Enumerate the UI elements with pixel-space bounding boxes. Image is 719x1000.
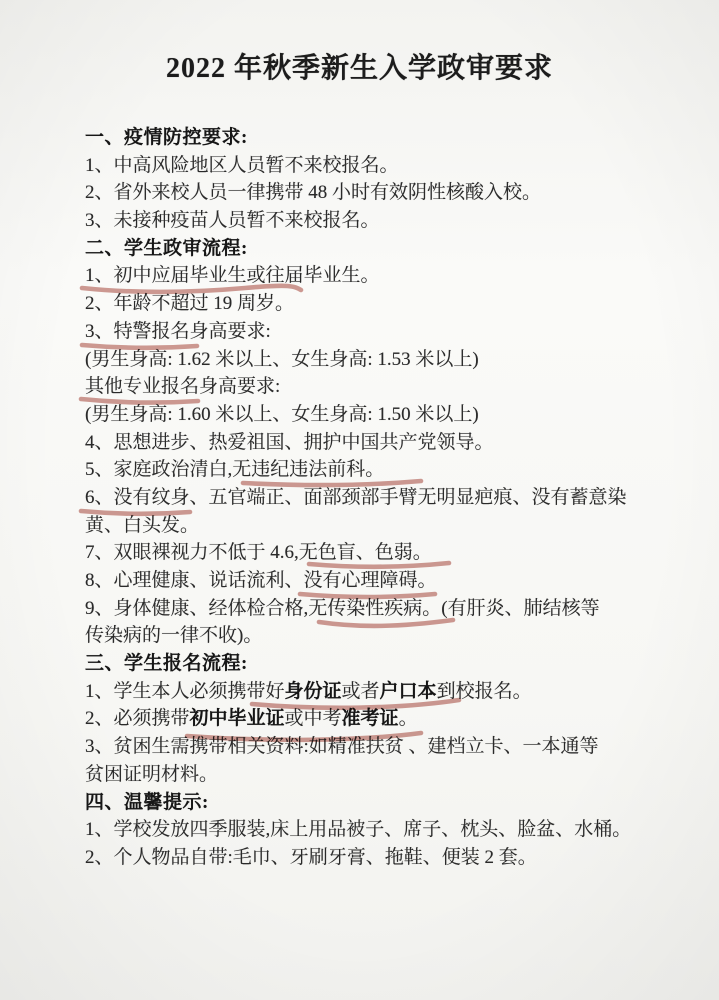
doc-line: 1、学生本人必须携带好身份证或者户口本到校报名。 xyxy=(85,678,685,706)
section-heading-2: 二、学生政审流程: xyxy=(85,235,685,263)
doc-line: 2、个人物品自带:毛巾、牙刷牙膏、拖鞋、便装 2 套。 xyxy=(85,844,685,872)
bold-segment: 身份证 xyxy=(285,681,342,702)
section-heading-4: 四、温馨提示: xyxy=(85,789,685,817)
doc-line: 9、身体健康、经体检合格,无传染性疾病。(有肝炎、肺结核等 xyxy=(85,595,685,623)
document-body: 一、疫情防控要求: 1、中高风险地区人员暂不来校报名。 2、省外来校人员一律携带… xyxy=(85,124,685,872)
bold-segment: 准考证 xyxy=(342,708,399,729)
doc-line: 1、学校发放四季服装,床上用品被子、席子、枕头、脸盆、水桶。 xyxy=(85,816,685,844)
doc-line: 6、没有纹身、五官端正、面部颈部手臂无明显疤痕、没有蓄意染 xyxy=(85,484,685,512)
text-segment: 。 xyxy=(399,708,418,729)
doc-line: 4、思想进步、热爱祖国、拥护中国共产党领导。 xyxy=(85,429,685,457)
page-title: 2022 年秋季新生入学政审要求 xyxy=(0,50,719,88)
section-heading-3: 三、学生报名流程: xyxy=(85,650,685,678)
text-segment: 到校报名。 xyxy=(437,681,532,702)
doc-line: 3、特警报名身高要求: xyxy=(85,318,685,346)
text-segment: 或者 xyxy=(342,681,380,702)
text-segment: 或中考 xyxy=(285,708,342,729)
doc-line: 传染病的一律不收)。 xyxy=(85,622,685,650)
doc-line: 7、双眼裸视力不低于 4.6,无色盲、色弱。 xyxy=(85,539,685,567)
doc-line: 贫困证明材料。 xyxy=(85,761,685,789)
document-page: 2022 年秋季新生入学政审要求 一、疫情防控要求: 1、中高风险地区人员暂不来… xyxy=(0,0,719,1000)
doc-line: 其他专业报名身高要求: xyxy=(85,373,685,401)
text-segment: 2、必须携带 xyxy=(85,708,190,729)
doc-line: (男生身高: 1.62 米以上、女生身高: 1.53 米以上) xyxy=(85,346,685,374)
text-segment: 1、学生本人必须携带好 xyxy=(85,681,285,702)
doc-line: 黄、白头发。 xyxy=(85,512,685,540)
doc-line: 1、中高风险地区人员暂不来校报名。 xyxy=(85,152,685,180)
bold-segment: 户口本 xyxy=(380,681,437,702)
doc-line: 8、心理健康、说话流利、没有心理障碍。 xyxy=(85,567,685,595)
doc-line: 3、未接种疫苗人员暂不来校报名。 xyxy=(85,207,685,235)
doc-line: 3、贫困生需携带相关资料:如精准扶贫 、建档立卡、一本通等 xyxy=(85,733,685,761)
bold-segment: 初中毕业证 xyxy=(190,708,285,729)
doc-line: (男生身高: 1.60 米以上、女生身高: 1.50 米以上) xyxy=(85,401,685,429)
section-heading-1: 一、疫情防控要求: xyxy=(85,124,685,152)
doc-line: 2、必须携带初中毕业证或中考准考证。 xyxy=(85,705,685,733)
doc-line: 5、家庭政治清白,无违纪违法前科。 xyxy=(85,456,685,484)
doc-line: 1、初中应届毕业生或往届毕业生。 xyxy=(85,262,685,290)
doc-line: 2、省外来校人员一律携带 48 小时有效阴性核酸入校。 xyxy=(85,179,685,207)
doc-line: 2、年龄不超过 19 周岁。 xyxy=(85,290,685,318)
